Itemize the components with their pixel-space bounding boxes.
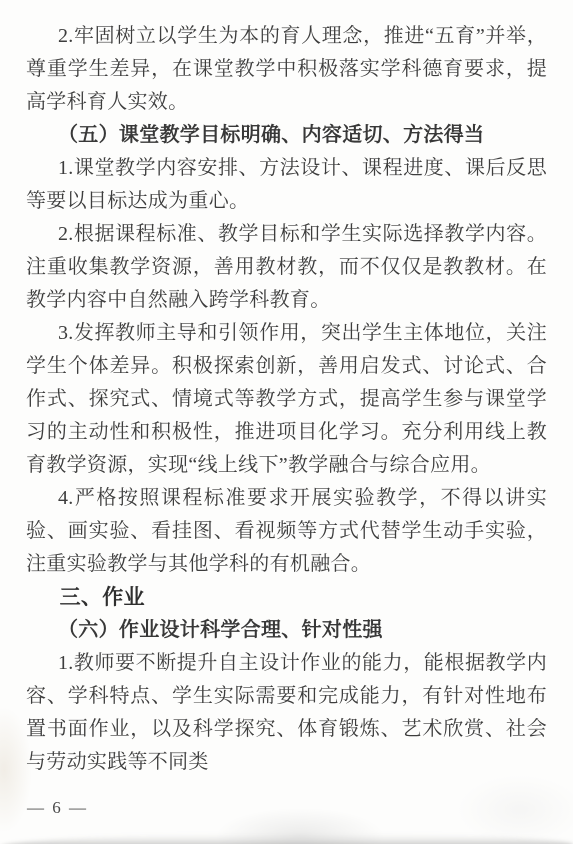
sub-heading: （五）课堂教学目标明确、内容适切、方法得当 [26, 119, 547, 152]
body-paragraph: 2.牢固树立以学生为本的育人理念，推进“五育”并举，尊重学生差异，在课堂教学中积… [26, 20, 547, 119]
document-page: 2.牢固树立以学生为本的育人理念，推进“五育”并举，尊重学生差异，在课堂教学中积… [0, 0, 573, 844]
body-paragraph: 4.严格按照课程标准要求开展实验教学，不得以讲实验、画实验、看挂图、看视频等方式… [26, 482, 547, 581]
body-paragraph: 1.课堂教学内容安排、方法设计、课程进度、课后反思等要以目标达成为重心。 [26, 152, 547, 218]
document-content: 2.牢固树立以学生为本的育人理念，推进“五育”并举，尊重学生差异，在课堂教学中积… [26, 20, 547, 779]
sub-heading: （六）作业设计科学合理、针对性强 [26, 614, 547, 647]
page-number-label: — 6 — [27, 798, 88, 817]
page-footer: — 6 — [27, 798, 88, 818]
section-heading: 三、作业 [26, 581, 547, 614]
body-paragraph: 3.发挥教师主导和引领作用，突出学生主体地位，关注学生个体差异。积极探索创新，善… [26, 317, 547, 482]
body-paragraph: 2.根据课程标准、教学目标和学生实际选择教学内容。注重收集教学资源，善用教材教，… [26, 218, 547, 317]
body-paragraph: 1.教师要不断提升自主设计作业的能力，能根据教学内容、学科特点、学生实际需要和完… [26, 647, 547, 779]
scan-edge-shadow [0, 834, 573, 844]
